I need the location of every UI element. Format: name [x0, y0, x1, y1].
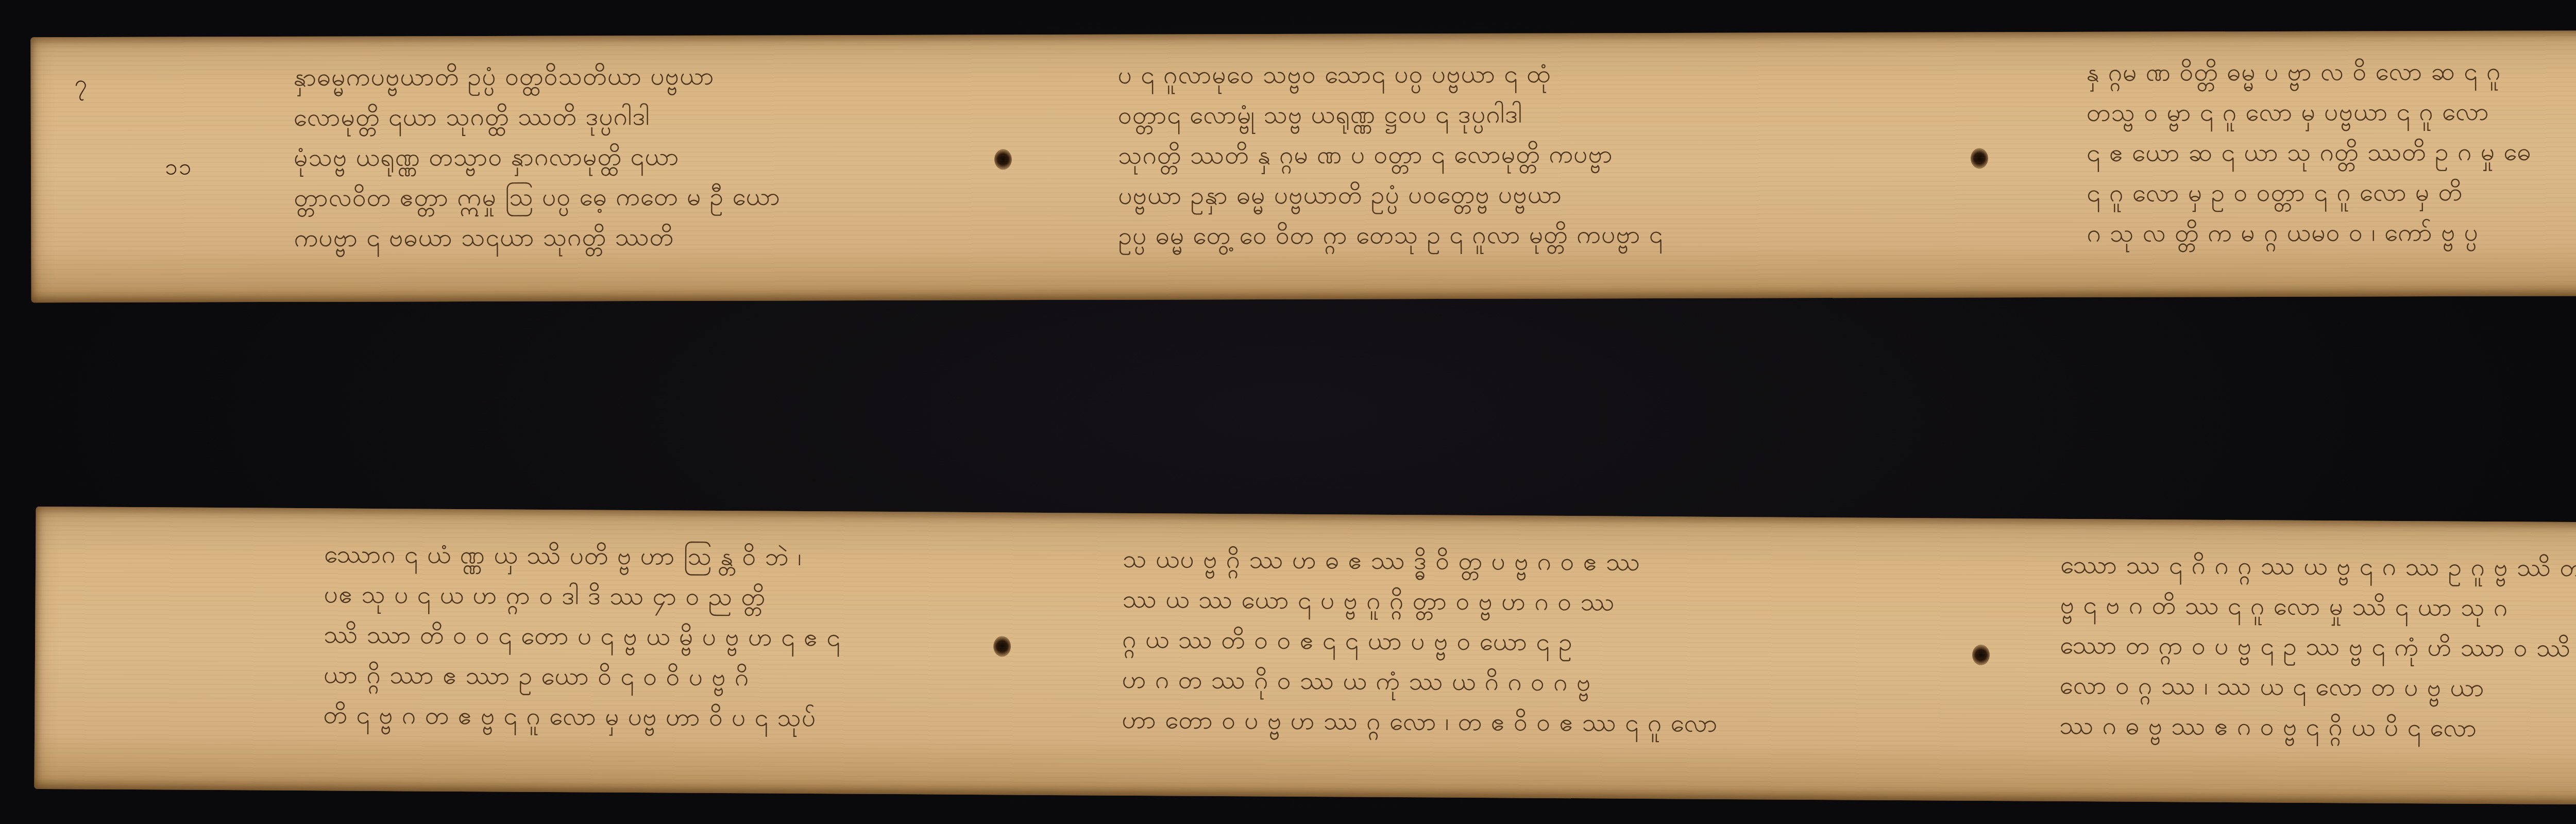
text-line: ဥပ္ပ ဓမ္မ တွေ့ ဝေ ဝိတ ဂ္ဂာ တေသု ဥ ၎ ဂူလာ… [1118, 214, 1891, 256]
text-line: ၎ ဧ ယော ဆ ၎ ယာ သု ဂတ္တိ ဿတိ ဥ ဂ မှု ဓေ [2087, 131, 2576, 173]
text-line: ဗ္ဗ ၎ ဗ ဂ တိ ဿ ၎ ဂူ လော မှု ဿိ ၎ ယာ သု ဂ [2060, 585, 2576, 629]
text-line: ဟာ တော ဝ ပ ဗ္ဗ ဟ ဿ ဂ္ဂ လော ၊ တ ဧ ဝိ ဝ ဧ … [1122, 700, 1894, 745]
text-line: ဂ္ဂ ယ ဿ တိ ဝ ဝ ဧ ၎ ၎ ယာ ပ ဗ္ဗ ဝ ယော ၎ ဥ [1122, 619, 1895, 664]
text-block-left: ဿောဂ ၎ ယံ ဏ္ဏ ယှ ဿိ ပတိ ဗ္ဗ ဟာ ဩ န္တ ဝိ … [323, 534, 968, 739]
text-line: ပဗ္ဗယာ ဥနှာ ဓမ္မ ပဗ္ဗယာတိ ဥပ္ပံ ပဝတ္တေဗ္… [1118, 174, 1891, 216]
text-line: ပ ၎ ဂူလာမုဝေ သဗ္ဗဝ သော၎ ပဝ္ပ ပဗ္ဗယာ ၎ ထု… [1117, 53, 1890, 95]
text-line: နှာဓမ္မကပဗ္ဗယာတိ ဥပ္ပံ ဝတ္ထဝိသတိယာ ပဗ္ဗယ… [293, 56, 963, 97]
leaf-number-marker: ၇ [74, 69, 88, 102]
string-hole-right [1972, 645, 1990, 665]
leaf-side-marker: ၁၁ [165, 153, 193, 186]
text-block-middle: သ ယပ ဗ္ဗ ဂ္ဂိ ဿ ဟ ဓ ဧ ဿ ဒ္ဓိ ဝိ တ္တ ပ ဗ္… [1122, 539, 1895, 745]
text-line: တ္တာလဝိတ ဧတ္တာ ဣမှု ဩ ပဝ္ပ ဓေ့ ကတေ မ ဦ ယ… [294, 176, 963, 218]
text-line: ယာ ဂ္ဂိ ဿာ ဧ ဿာ ဥ ယော ဝိ ၎ ဝ ဝိ ပ ဗ္ဗ ဂိ [324, 654, 968, 699]
text-line: ကပဗ္ဗာ ၎ ဗဓယာ သ၎ယာ သုဂတ္တိ ဿတိ [294, 216, 963, 258]
text-line: ပဧ သု ပ ၎ ယ ဟ ဂ္ဂာ ဝ ဒါ ဒိ ဿ ၄ာ ဝ ည တ္တိ [324, 574, 968, 618]
text-line: ဝတ္တာ၎ လောမ္ဗုံ သဗ္ဗ ယရုဏ္ဏ ဋ္ဌဝပ ၎ ဒုပ္… [1118, 93, 1891, 136]
text-line: ၎ ဂူ လော မှ ဥ ဝ ဝတ္တာ ၎ ဂူ လော မှ တိ [2087, 172, 2576, 213]
text-line: နှ ဂ္ဂမ ဏ ဝိတ္တိ ဓမ္မ ပ ဗ္ဗာ လ ဝိ လော ဆ … [2086, 51, 2576, 93]
string-hole-right [1971, 148, 1988, 169]
text-block-right: နှ ဂ္ဂမ ဏ ဝိတ္တိ ဓမ္မ ပ ဗ္ဗာ လ ဝိ လော ဆ … [2086, 51, 2576, 254]
text-line: ဿိ ဿာ တိ ဝ ဝ ၎ တော ပ ၎ ဗ္ဗ ယ မ္ဗိ ပ ဗ္ဗ … [324, 614, 968, 659]
text-line: ဿော တ ဂ္ဂာ ဝ ပ ဗ္ဗ ၎ ဥ ဿ ဗ္ဗ ၎ ကုံ ဟိ ဿာ… [2060, 625, 2576, 669]
text-line: ဿော ဿ ၎ ဂိ ဂ ဂ္ဂ ဿ ယ ဗ္ဗ ၎ ဂ ဿ ဥ ဂူ ဗ္ဗ … [2060, 545, 2576, 588]
palm-leaf-bottom: ဿောဂ ၎ ယံ ဏ္ဏ ယှ ဿိ ပတိ ဗ္ဗ ဟာ ဩ န္တ ဝိ … [34, 507, 2576, 806]
text-line: ဟ ဂ တ ဿ ဂို ဝ ဿ ယ ကုံ ဿ ယ ဂိ ဂ ဝ ဂ ဗ္ဗ [1122, 660, 1894, 704]
text-line: ဿ ယ ဿ ယော ၎ ပ ဗ္ဗ ဂူ ဂ္ဂိ တ္တာ ဝ ဗ္ဗ ဟ ဂ… [1122, 579, 1895, 624]
palm-leaf-top: ၇ ၁၁ နှာဓမ္မကပဗ္ဗယာတိ ဥပ္ပံ ဝတ္ထဝိသတိယာ … [30, 30, 2576, 303]
text-line: သ ယပ ဗ္ဗ ဂ္ဂိ ဿ ဟ ဓ ဧ ဿ ဒ္ဓိ ဝိ တ္တ ပ ဗ္… [1123, 539, 1895, 584]
string-hole-left [993, 636, 1011, 657]
text-block-left: နှာဓမ္မကပဗ္ဗယာတိ ဥပ္ပံ ဝတ္ထဝိသတိယာ ပဗ္ဗယ… [293, 56, 963, 258]
text-block-right: ဿော ဿ ၎ ဂိ ဂ ဂ္ဂ ဿ ယ ဗ္ဗ ၎ ဂ ဿ ဥ ဂူ ဗ္ဗ … [2059, 545, 2576, 749]
text-line: တိ ၎ ဗ္ဗ ဂ တ ဧ ဗ္ဗ ၎ ဂူ လော မှ ပဗ္ဗ ဟာ ဝ… [323, 695, 967, 739]
string-hole-left [994, 149, 1012, 170]
text-line: ဂ သု လ တ္တိ က မ ဂ္ဂ ယမဝ ၀ ၊ ကော် ဗ္ဗ ပ္ပ [2087, 212, 2576, 254]
text-line: တသ္ဗ ဝ မ္ဗာ ၎ ဂူ လော မှ ပဗ္ဗယာ ၎ ဂူ လော [2087, 91, 2576, 133]
text-line: ဿောဂ ၎ ယံ ဏ္ဏ ယှ ဿိ ပတိ ဗ္ဗ ဟာ ဩ န္တ ဝိ … [324, 534, 968, 578]
text-line: သုဂတ္တိ ဿတိ နှ ဂ္ဂမ ဏ ပ ဝတ္တာ ၎ လောမုတ္တ… [1118, 133, 1891, 176]
text-line: မုံသဗ္ဗ ယရုဏ္ဏ တသ္ဗာ၀ နှာဂလာမုတ္ထိ ၎ယာ [294, 136, 963, 178]
text-line: လော ဝ ဂ္ဂ ဿ ၊ ဿ ယ ၎ လော တ ပ ဗ္ဗ ယာ [2059, 665, 2576, 709]
text-line: ဿ ဂ ဓ ဗ္ဗ ဿ ဧ ဂ ဝ ဗ္ဗ ၎ ဂ္ဂိ ယ ပိ ၎ လော [2059, 705, 2576, 749]
text-line: လောမုတ္တိ ၎ယာ သုဂတ္ထိ ဿတိ ဒုပ္ပဂါဒါ [294, 96, 963, 138]
text-block-middle: ပ ၎ ဂူလာမုဝေ သဗ္ဗဝ သော၎ ပဝ္ပ ပဗ္ဗယာ ၎ ထု… [1117, 53, 1891, 256]
